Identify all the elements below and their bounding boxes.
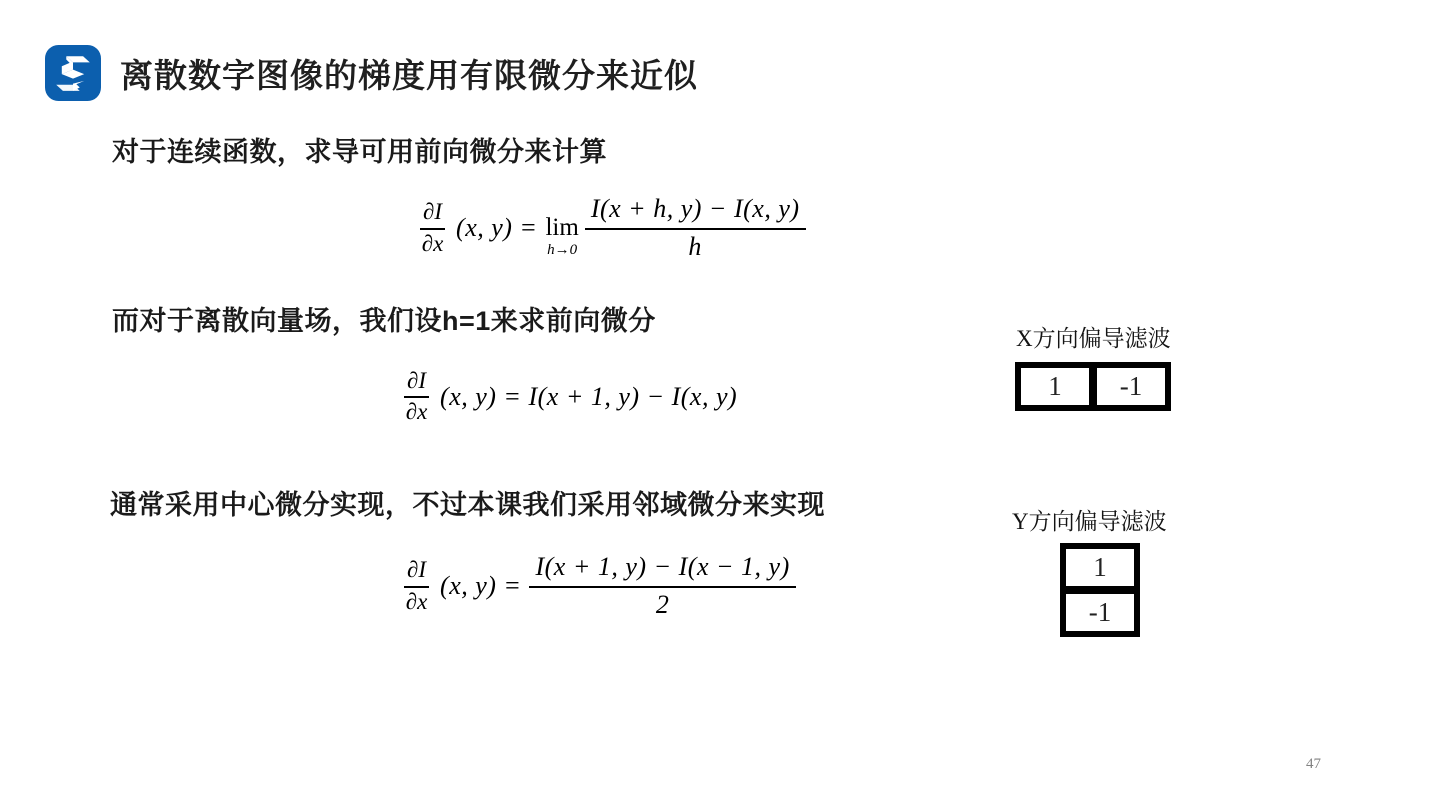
partial-numerator: ∂I: [420, 199, 445, 229]
formula-forward-difference-h1: ∂I ∂x (x, y) = I(x + 1, y) − I(x, y): [404, 368, 741, 426]
x-filter-label: X方向偏导滤波: [1016, 320, 1171, 353]
paragraph-discrete-field: 而对于离散向量场，我们设h=1来求前向微分: [112, 299, 656, 338]
page-number: 47: [1306, 756, 1321, 773]
partial-numerator: ∂I: [404, 557, 429, 587]
y-filter-cell-1: 1: [1062, 545, 1138, 590]
partial-denominator: ∂x: [406, 398, 428, 425]
y-filter-cell-2: -1: [1062, 590, 1138, 635]
y-filter-table: 1 -1: [1060, 543, 1140, 637]
formula-args: (x, y) =: [456, 213, 537, 243]
formula-forward-difference-limit: ∂I ∂x (x, y) = lim h→0 I(x + h, y) − I(x…: [420, 193, 806, 263]
difference-fraction: I(x + 1, y) − I(x − 1, y) 2: [529, 551, 795, 621]
fraction-numerator: I(x + h, y) − I(x, y): [585, 193, 806, 230]
limit-subscript: h→0: [547, 243, 577, 258]
fraction-numerator: I(x + 1, y) − I(x − 1, y): [529, 551, 795, 588]
partial-denominator: ∂x: [406, 588, 428, 615]
partial-fraction: ∂I ∂x: [404, 368, 429, 426]
slide: 离散数字图像的梯度用有限微分来近似 对于连续函数，求导可用前向微分来计算 ∂I …: [0, 0, 1440, 810]
limit-block: lim h→0: [545, 215, 578, 258]
formula-central-difference: ∂I ∂x (x, y) = I(x + 1, y) − I(x − 1, y)…: [404, 551, 796, 621]
fraction-denominator: h: [688, 230, 702, 264]
partial-denominator: ∂x: [422, 230, 444, 257]
formula-args: (x, y) =: [440, 571, 521, 601]
slide-header: 离散数字图像的梯度用有限微分来近似: [45, 45, 698, 101]
x-filter-table: 1 -1: [1015, 362, 1171, 411]
paragraph-central-difference: 通常采用中心微分实现，不过本课我们采用邻域微分来实现: [110, 483, 825, 522]
partial-fraction: ∂I ∂x: [404, 557, 429, 615]
partial-fraction: ∂I ∂x: [420, 199, 445, 257]
limit-word: lim: [545, 215, 578, 240]
page-title: 离散数字图像的梯度用有限微分来近似: [120, 50, 698, 97]
partial-numerator: ∂I: [404, 368, 429, 398]
formula-body: (x, y) = I(x + 1, y) − I(x, y): [440, 382, 737, 412]
difference-fraction: I(x + h, y) − I(x, y) h: [585, 193, 806, 263]
y-filter-label: Y方向偏导滤波: [1012, 503, 1167, 536]
fraction-denominator: 2: [656, 588, 670, 622]
paragraph-continuous-function: 对于连续函数，求导可用前向微分来计算: [112, 130, 607, 169]
x-filter-cell-2: -1: [1093, 364, 1169, 409]
x-filter-cell-1: 1: [1017, 364, 1093, 409]
shanghaitech-logo-icon: [45, 45, 101, 101]
